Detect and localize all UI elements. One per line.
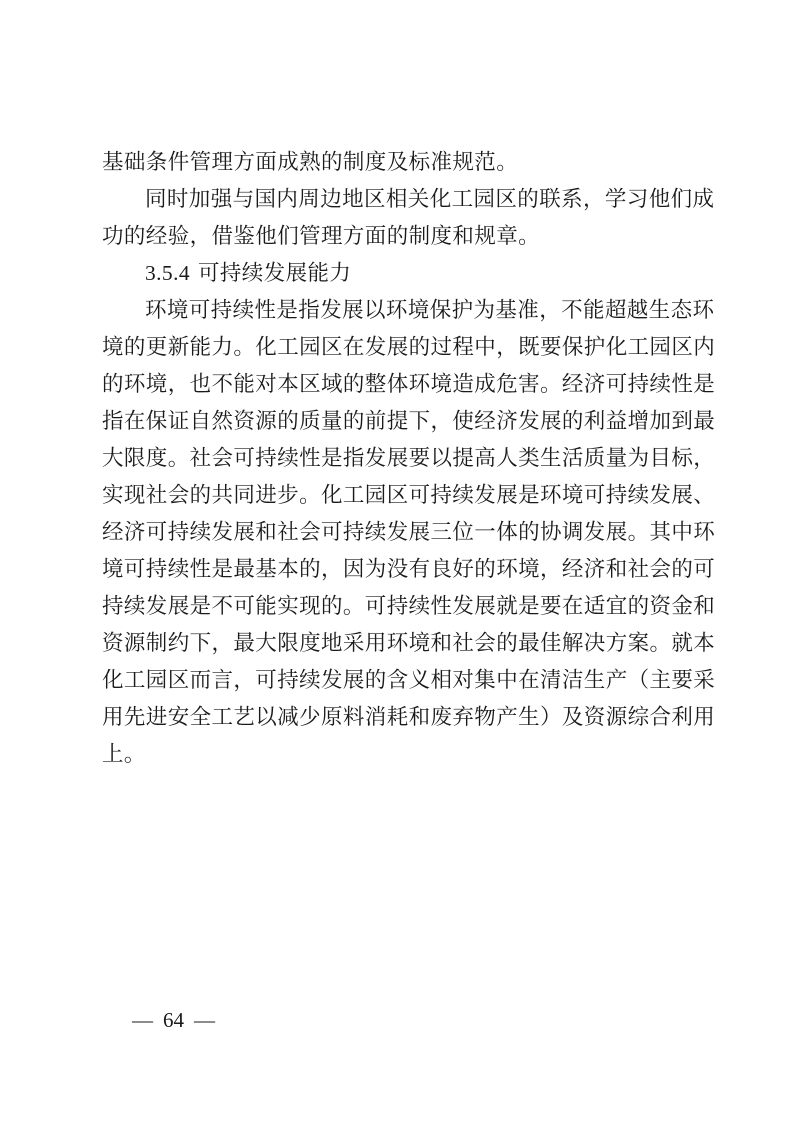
- section-number: 3.5.4: [145, 261, 190, 285]
- paragraph-line: 的环境，也不能对本区域的整体环境造成危害。经济可持续性是: [102, 366, 692, 403]
- paragraph-line: 指在保证自然资源的质量的前提下，使经济发展的利益增加到最: [102, 403, 692, 440]
- paragraph-line: 大限度。社会可持续性是指发展要以提高人类生活质量为目标，: [102, 440, 692, 477]
- page-body: 基础条件管理方面成熟的制度及标准规范。 同时加强与国内周边地区相关化工园区的联系…: [102, 144, 692, 773]
- footer-dash-right: —: [194, 1008, 215, 1033]
- section-title: 可持续发展能力: [198, 261, 351, 286]
- paragraph-line: 资源制约下，最大限度地采用环境和社会的最佳解决方案。就本: [102, 625, 692, 662]
- paragraph-line: 境的更新能力。化工园区在发展的过程中，既要保护化工园区内: [102, 329, 692, 366]
- paragraph-sustainability: 环境可持续性是指发展以环境保护为基准，不能超越生态环 境的更新能力。化工园区在发…: [102, 292, 692, 773]
- paragraph-line: 境可持续性是最基本的，因为没有良好的环境，经济和社会的可: [102, 551, 692, 588]
- page-footer: —64—: [122, 1008, 225, 1033]
- footer-dash-left: —: [132, 1008, 153, 1033]
- paragraph-line: 用先进安全工艺以减少原料消耗和废弃物产生）及资源综合利用: [102, 699, 692, 736]
- paragraph-line: 上。: [102, 736, 692, 773]
- paragraph-regional-cooperation: 同时加强与国内周边地区相关化工园区的联系，学习他们成 功的经验，借鉴他们管理方面…: [102, 181, 692, 255]
- paragraph-line: 经济可持续发展和社会可持续发展三位一体的协调发展。其中环: [102, 514, 692, 551]
- paragraph-line: 实现社会的共同进步。化工园区可持续发展是环境可持续发展、: [102, 477, 692, 514]
- paragraph-line: 化工园区而言，可持续发展的含义相对集中在清洁生产（主要采: [102, 662, 692, 699]
- paragraph-continuation: 基础条件管理方面成熟的制度及标准规范。: [102, 144, 692, 181]
- section-heading: 3.5.4可持续发展能力: [102, 255, 692, 292]
- page-number: 64: [163, 1008, 184, 1032]
- paragraph-line: 同时加强与国内周边地区相关化工园区的联系，学习他们成: [102, 181, 692, 218]
- paragraph-line: 环境可持续性是指发展以环境保护为基准，不能超越生态环: [102, 292, 692, 329]
- paragraph-line: 功的经验，借鉴他们管理方面的制度和规章。: [102, 218, 692, 255]
- paragraph-line: 持续发展是不可能实现的。可持续性发展就是要在适宜的资金和: [102, 588, 692, 625]
